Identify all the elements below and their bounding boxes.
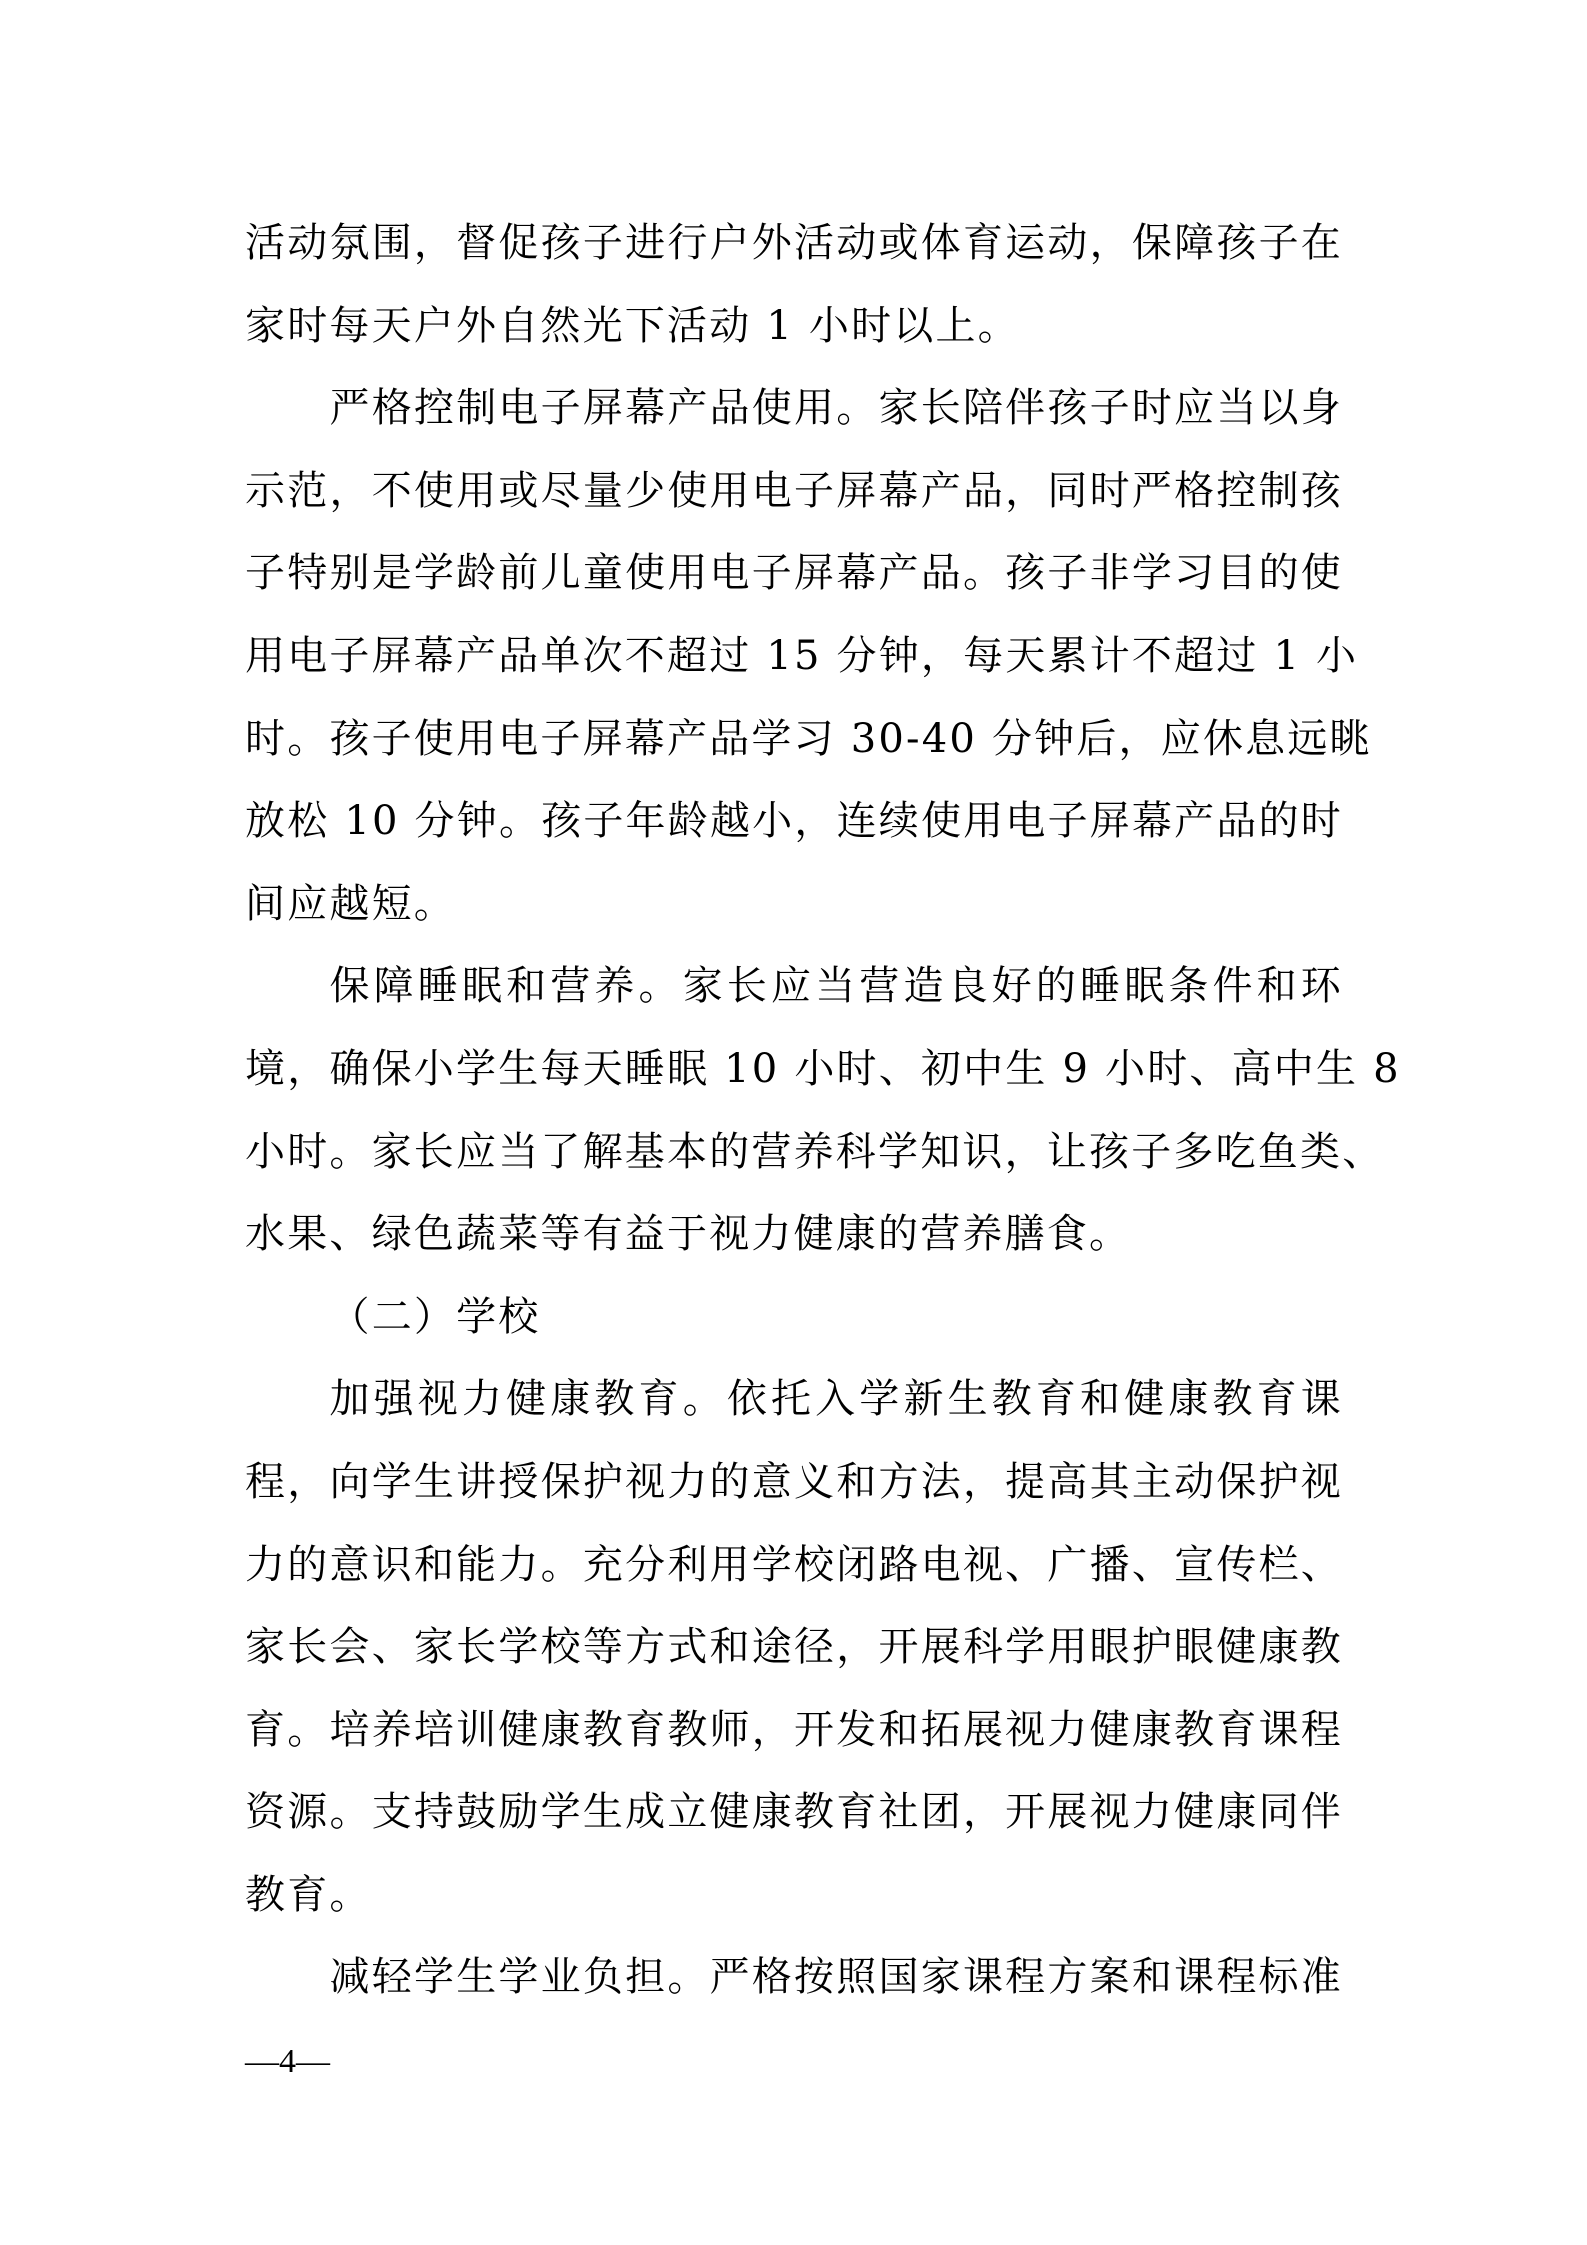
- paragraph-first-line: 加强视力健康教育。依托入学新生教育和健康教育课: [245, 1358, 1343, 1441]
- text-line: 示范，不使用或尽量少使用电子屏幕产品，同时严格控制孩: [245, 450, 1343, 533]
- paragraph-first-line: 严格控制电子屏幕产品使用。家长陪伴孩子时应当以身: [245, 367, 1343, 450]
- section-heading: （二）学校: [245, 1276, 1343, 1359]
- document-body: 活动氛围，督促孩子进行户外活动或体育运动，保障孩子在 家时每天户外自然光下活动 …: [245, 202, 1345, 2019]
- paragraph-first-line: 保障睡眠和营养。家长应当营造良好的睡眠条件和环: [245, 945, 1343, 1028]
- text-line: 子特别是学龄前儿童使用电子屏幕产品。孩子非学习目的使: [245, 532, 1343, 615]
- paragraph-first-line: 减轻学生学业负担。严格按照国家课程方案和课程标准: [245, 1936, 1343, 2019]
- text-line: 家时每天户外自然光下活动 1 小时以上。: [245, 285, 1343, 368]
- text-line: 程，向学生讲授保护视力的意义和方法，提高其主动保护视: [245, 1441, 1343, 1524]
- text-line: 活动氛围，督促孩子进行户外活动或体育运动，保障孩子在: [245, 202, 1343, 285]
- text-line: 资源。支持鼓励学生成立健康教育社团，开展视力健康同伴: [245, 1771, 1343, 1854]
- page-number: —4—: [245, 2040, 330, 2084]
- text-line: 教育。: [245, 1854, 1343, 1937]
- text-line: 育。培养培训健康教育教师，开发和拓展视力健康教育课程: [245, 1689, 1343, 1772]
- text-line: 家长会、家长学校等方式和途径，开展科学用眼护眼健康教: [245, 1606, 1343, 1689]
- text-line: 用电子屏幕产品单次不超过 15 分钟，每天累计不超过 1 小: [245, 615, 1343, 698]
- text-line: 境，确保小学生每天睡眠 10 小时、初中生 9 小时、高中生 8: [245, 1028, 1343, 1111]
- text-line: 水果、绿色蔬菜等有益于视力健康的营养膳食。: [245, 1193, 1343, 1276]
- document-page: 活动氛围，督促孩子进行户外活动或体育运动，保障孩子在 家时每天户外自然光下活动 …: [0, 0, 1587, 2245]
- text-line: 小时。家长应当了解基本的营养科学知识，让孩子多吃鱼类、: [245, 1111, 1343, 1194]
- text-line: 时。孩子使用电子屏幕产品学习 30-40 分钟后，应休息远眺: [245, 698, 1343, 781]
- text-line: 放松 10 分钟。孩子年龄越小，连续使用电子屏幕产品的时: [245, 780, 1343, 863]
- text-line: 力的意识和能力。充分利用学校闭路电视、广播、宣传栏、: [245, 1524, 1343, 1607]
- text-line: 间应越短。: [245, 863, 1343, 946]
